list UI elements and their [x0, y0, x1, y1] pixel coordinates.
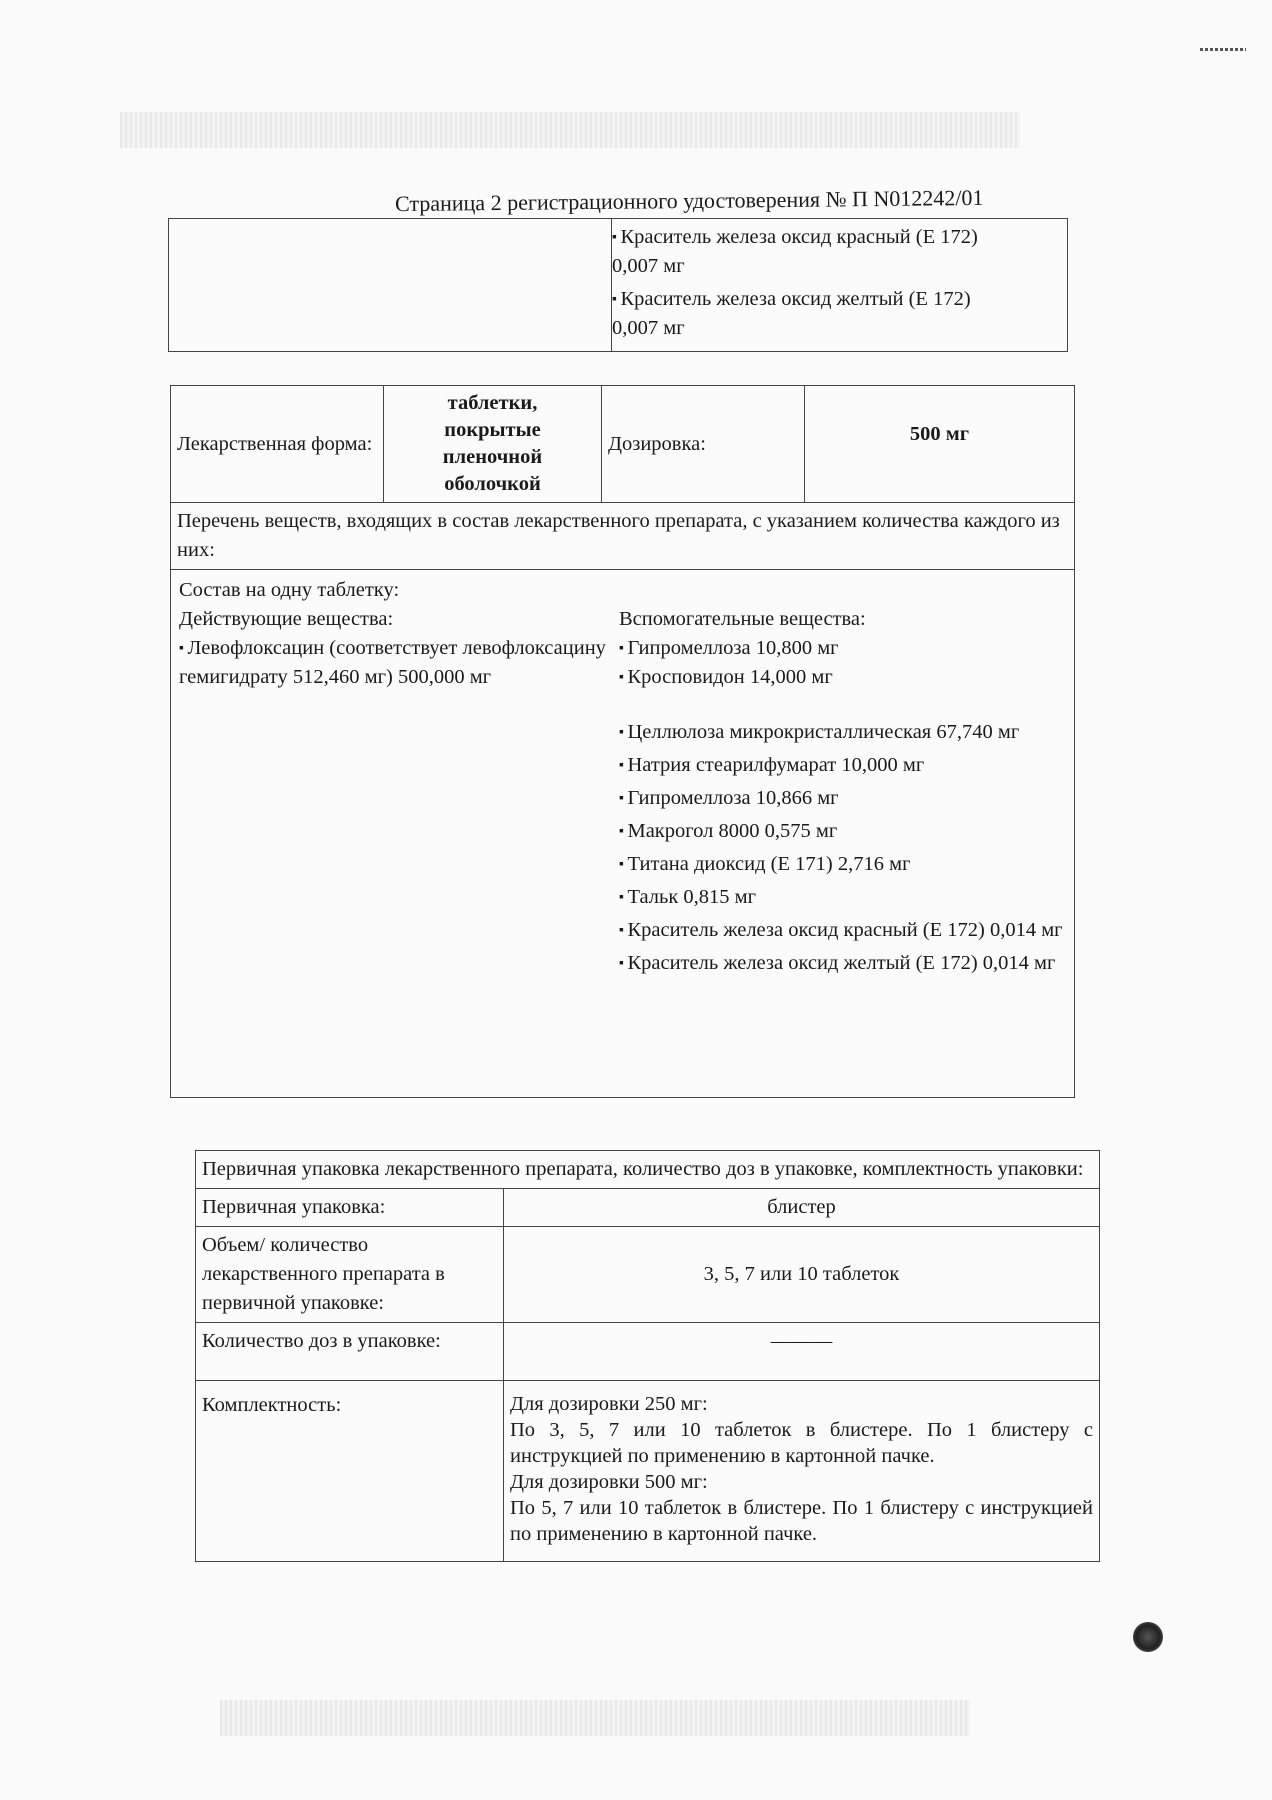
excipient-item: Целлюлоза микрокристаллическая 67,740 мг [619, 718, 1066, 747]
continuation-items: Краситель железа оксид красный (Е 172)0,… [612, 219, 1068, 352]
packaging-value: 3, 5, 7 или 10 таблеток [504, 1227, 1100, 1323]
scan-mark [1200, 48, 1246, 51]
dose-250-text: По 3, 5, 7 или 10 таблеток в блистере. П… [510, 1417, 1093, 1469]
empty-cell [169, 219, 612, 352]
composition-cell: Состав на одну таблетку: Действующие вещ… [171, 570, 1075, 1098]
excipients-column: Вспомогательные вещества: Гипромеллоза 1… [619, 576, 1066, 982]
page-header: Страница 2 регистрационного удостоверени… [395, 185, 984, 217]
form-value: таблетки, покрытые пленочной оболочкой [384, 386, 602, 503]
scan-artifact-top [120, 112, 1020, 148]
excipient-item: Тальк 0,815 мг [619, 883, 1066, 912]
packaging-label: Объем/ количество лекарственного препара… [196, 1227, 504, 1323]
dose-500-label: Для дозировки 500 мг: [510, 1469, 1093, 1495]
ingredient-name: Краситель железа оксид красный (Е 172) [612, 226, 978, 248]
dose-500-text: По 5, 7 или 10 таблеток в блистере. По 1… [510, 1495, 1093, 1547]
per-tablet-label: Состав на одну таблетку: [179, 576, 619, 605]
ingredient-amount: 0,007 мг [612, 317, 685, 339]
active-substance: Левофлоксацин (соответствует левофлоксац… [179, 634, 619, 692]
form-line: покрытые [390, 417, 595, 444]
excipient-item: Натрия стеарилфумарат 10,000 мг [619, 751, 1066, 780]
excipient-item: Гипромеллоза 10,800 мг [619, 634, 1066, 663]
excipient-item: Гипромеллоза 10,866 мг [619, 784, 1066, 813]
form-table: Лекарственная форма: таблетки, покрытые … [170, 385, 1075, 1098]
packaging-header: Первичная упаковка лекарственного препар… [196, 1151, 1100, 1189]
dose-250-label: Для дозировки 250 мг: [510, 1391, 1093, 1417]
excipient-item: Кросповидон 14,000 мг [619, 663, 1066, 692]
hole-punch-mark [1133, 1622, 1163, 1652]
form-line: таблетки, [390, 390, 595, 417]
active-label: Действующие вещества: [179, 605, 619, 634]
excipient-item: Титана диоксид (Е 171) 2,716 мг [619, 850, 1066, 879]
active-column: Состав на одну таблетку: Действующие вещ… [179, 576, 619, 982]
packaging-label: Первичная упаковка: [196, 1189, 504, 1227]
form-label: Лекарственная форма: [171, 386, 384, 503]
packaging-table: Первичная упаковка лекарственного препар… [195, 1150, 1100, 1562]
excipient-item: Краситель железа оксид красный (Е 172) 0… [619, 916, 1066, 945]
dosage-label: Дозировка: [602, 386, 805, 503]
packaging-value: ——— [504, 1323, 1100, 1381]
dosage-value: 500 мг [805, 386, 1075, 503]
excipient-item: Краситель железа оксид желтый (Е 172) 0,… [619, 949, 1066, 978]
scan-artifact-bottom [220, 1700, 970, 1736]
ingredient-amount: 0,007 мг [612, 255, 685, 277]
excipient-item: Макрогол 8000 0,575 мг [619, 817, 1066, 846]
packaging-label: Комплектность: [196, 1381, 504, 1562]
excipients-label: Вспомогательные вещества: [619, 605, 1066, 634]
continuation-table: Краситель железа оксид красный (Е 172)0,… [168, 218, 1068, 352]
completeness-value: Для дозировки 250 мг: По 3, 5, 7 или 10 … [504, 1381, 1100, 1562]
packaging-label: Количество доз в упаковке: [196, 1323, 504, 1381]
composition-header: Перечень веществ, входящих в состав лека… [171, 503, 1075, 570]
form-line: пленочной [390, 444, 595, 471]
ingredient-name: Краситель железа оксид желтый (Е 172) [612, 288, 971, 310]
form-line: оболочкой [390, 471, 595, 498]
packaging-value: блистер [504, 1189, 1100, 1227]
